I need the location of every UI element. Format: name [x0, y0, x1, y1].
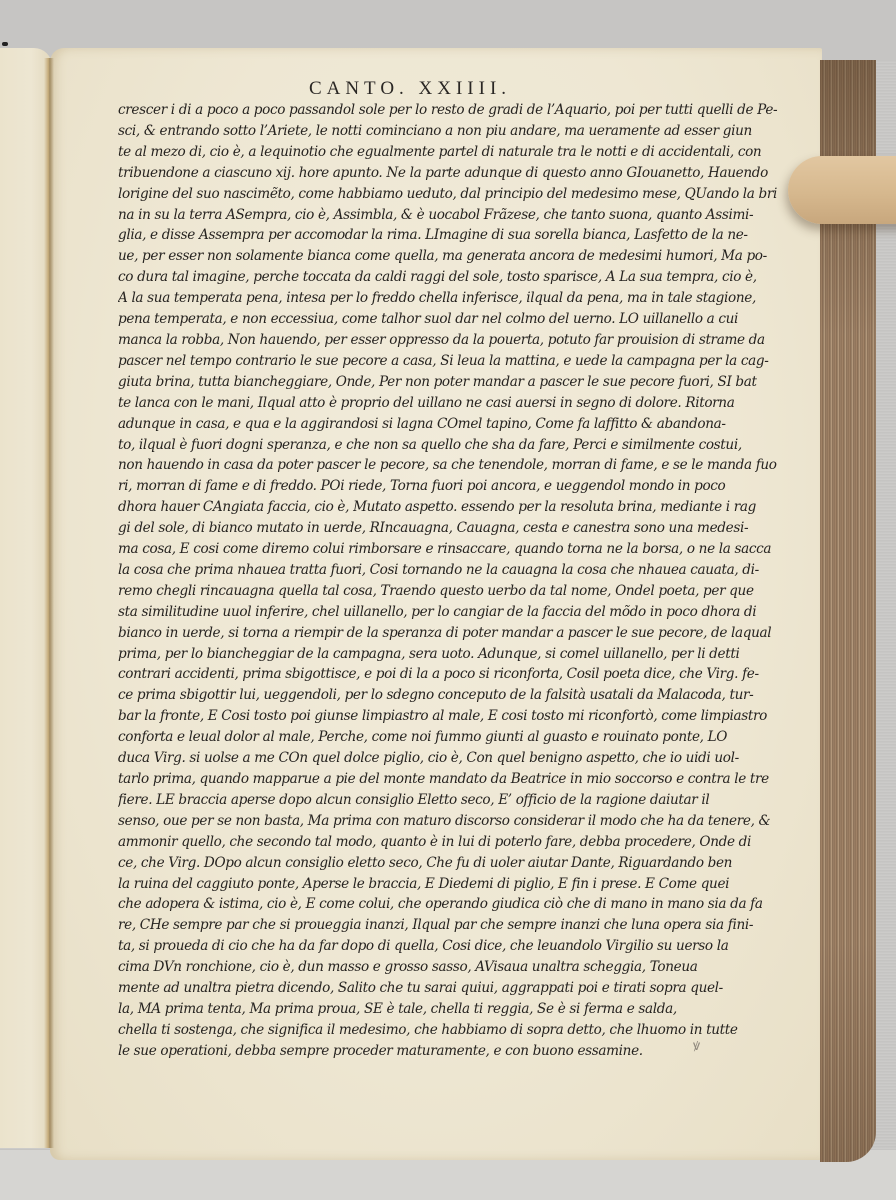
text-line: la cosa che prima nhauea tratta fuori, C…: [118, 560, 818, 581]
text-line: che adopera & istima, cio è, E come colu…: [118, 894, 818, 915]
text-line: remo chegli rincauagna quella tal cosa, …: [118, 581, 818, 602]
text-line: dhora hauer CAngiata faccia, cio è, Muta…: [118, 497, 818, 518]
text-line: manca la robba, Non hauendo, per esser o…: [118, 330, 818, 351]
text-line: contrari accidenti, prima sbigottisce, e…: [118, 664, 818, 685]
text-line: ue, per esser non solamente bianca come …: [118, 246, 818, 267]
text-line: chella ti sostenga, che significa il med…: [118, 1020, 818, 1041]
text-line: ammonir quello, che secondo tal modo, qu…: [118, 832, 818, 853]
text-line: lorigine del suo nascimẽto, come habbiam…: [118, 184, 818, 205]
text-line: duca Virg. si uolse a me COn quel dolce …: [118, 748, 818, 769]
text-line: te lanca con le mani, Ilqual atto è prop…: [118, 393, 818, 414]
page-fore-edge-shade: [820, 60, 876, 1162]
text-line: te al mezo di, cio è, a lequinotio che e…: [118, 142, 818, 163]
text-line: ri, morran di fame e di freddo. POi ried…: [118, 476, 818, 497]
text-line: sci, & entrando sotto l’Ariete, le notti…: [118, 121, 818, 142]
text-line: glia, e disse Assempra per accomodar la …: [118, 225, 818, 246]
text-line: co dura tal imagine, perche toccata da c…: [118, 267, 818, 288]
text-line: A la sua temperata pena, intesa per lo f…: [118, 288, 818, 309]
text-line: cima DVn ronchione, cio è, dun masso e g…: [118, 957, 818, 978]
text-line: bianco in uerde, si torna a riempir de l…: [118, 623, 818, 644]
text-line: la, MA prima tenta, Ma prima proua, SE è…: [118, 999, 818, 1020]
text-line: na in su la terra ASempra, cio è, Assimb…: [118, 205, 818, 226]
text-line: tarlo prima, quando mapparue a pie del m…: [118, 769, 818, 790]
text-line: sta similitudine uuol inferire, chel uil…: [118, 602, 818, 623]
text-line: to, ilqual è fuori dogni speranza, e che…: [118, 435, 818, 456]
text-line: ma cosa, E cosi come diremo colui rimbor…: [118, 539, 818, 560]
text-line: adunque in casa, e qua e la aggirandosi …: [118, 414, 818, 435]
text-line: non hauendo in casa da poter pascer le p…: [118, 455, 818, 476]
text-line: re, CHe sempre par che si proueggia inan…: [118, 915, 818, 936]
signature-mark: ꝟ: [693, 1036, 700, 1055]
text-line: senso, oue per se non basta, Ma prima co…: [118, 811, 818, 832]
text-line: bar la fronte, E Cosi tosto poi giunse l…: [118, 706, 818, 727]
text-line: la ruina del caggiuto ponte, Aperse le b…: [118, 874, 818, 895]
corner-mark: [2, 42, 8, 46]
text-line: pena temperata, e non eccessiua, come ta…: [118, 309, 818, 330]
text-line: pascer nel tempo contrario le sue pecore…: [118, 351, 818, 372]
text-line: crescer i di a poco a poco passandol sol…: [118, 100, 818, 121]
book-gutter: [44, 58, 54, 1148]
text-line: ta, si proueda di cio che ha da far dopo…: [118, 936, 818, 957]
text-line: tribuendone a ciascuno xij. hore apunto.…: [118, 163, 818, 184]
running-head: CANTO. XXIIII.: [100, 78, 720, 100]
text-line: giuta brina, tutta biancheggiare, Onde, …: [118, 372, 818, 393]
text-line: ce prima sbigottir lui, ueggendoli, per …: [118, 685, 818, 706]
text-line: ce, che Virg. DOpo alcun consiglio elett…: [118, 853, 818, 874]
text-line: prima, per lo biancheggiar de la campagn…: [118, 644, 818, 665]
text-line: conforta e leual dolor al male, Perche, …: [118, 727, 818, 748]
text-line: mente ad unaltra pietra dicendo, Salito …: [118, 978, 818, 999]
page-text: crescer i di a poco a poco passandol sol…: [118, 100, 818, 1062]
text-line: fiere. LE braccia aperse dopo alcun cons…: [118, 790, 818, 811]
text-line: le sue operationi, debba sempre proceder…: [118, 1041, 818, 1062]
text-line: gi del sole, di bianco mutato in uerde, …: [118, 518, 818, 539]
